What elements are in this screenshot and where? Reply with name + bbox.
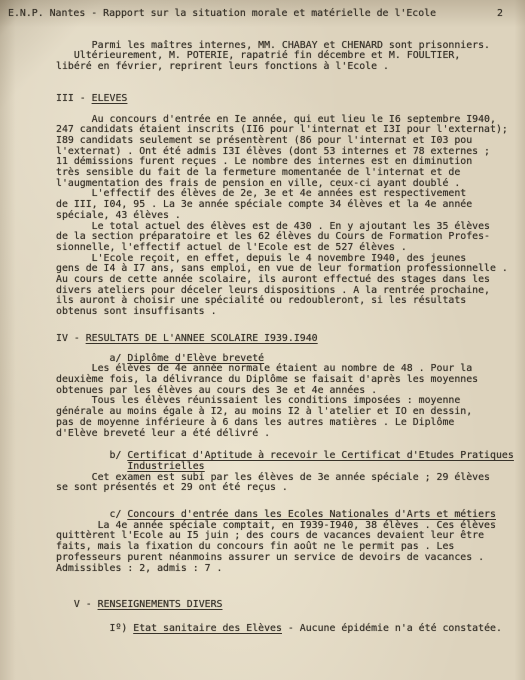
paragraph-total: Le total actuel des élèves est de 430 . …: [56, 222, 521, 254]
section-v-number: V -: [56, 599, 98, 610]
section-iv-number: IV -: [56, 333, 86, 344]
section-iii-heading: III - ELEVES: [56, 94, 521, 105]
item-1-prefix: Iº): [56, 623, 133, 634]
paragraph-ecole-recoit: L'Ecole reçoit, en effet, depuis le 4 no…: [56, 254, 521, 318]
report-body: Parmi les maîtres internes, MM. CHABAY e…: [0, 41, 525, 635]
page-number: 2: [497, 9, 503, 20]
item-c-title: Concours d'entrée dans les Ecoles Nation…: [127, 509, 496, 520]
item-1-title: Etat sanitaire des Elèves: [133, 623, 282, 634]
item-a-title: Diplôme d'Elève breveté: [127, 353, 264, 364]
item-b-prefix: b/: [56, 450, 127, 461]
section-v-heading: V - RENSEIGNEMENTS DIVERS: [56, 600, 521, 611]
scanned-report-page: E.N.P. Nantes - Rapport sur la situation…: [0, 0, 525, 680]
intro-paragraph: Parmi les maîtres internes, MM. CHABAY e…: [56, 41, 521, 73]
item-b-paragraph-1: Cet examen est subi par les élèves de 3e…: [56, 473, 521, 494]
section-v-title: RENSEIGNEMENTS DIVERS: [98, 599, 223, 610]
item-a-paragraph-2: Tous les élèves réunissaient les conditi…: [56, 396, 521, 439]
item-c-paragraph-1: La 4e année spéciale comptait, en I939-I…: [56, 521, 521, 575]
item-c-prefix: c/: [56, 509, 127, 520]
item-a-paragraph-1: Les élèves de 4e année normale étaient a…: [56, 364, 521, 396]
item-a-prefix: a/: [56, 353, 127, 364]
section-v-item-1: Iº) Etat sanitaire des Elèves - Aucune é…: [56, 624, 521, 635]
paragraph-concours: Au concours d'entrée en Ie année, qui eu…: [56, 115, 521, 190]
section-iv-title: RESULTATS DE L'ANNEE SCOLAIRE I939.I940: [86, 333, 318, 344]
report-header-title: E.N.P. Nantes - Rapport sur la situation…: [8, 9, 436, 20]
section-iv-heading: IV - RESULTATS DE L'ANNEE SCOLAIRE I939.…: [56, 334, 521, 345]
item-b-cont-indent: [56, 461, 127, 472]
section-iii-number: III -: [56, 93, 92, 104]
item-1-text: - Aucune épidémie n'a été constatée.: [282, 623, 502, 634]
item-b-title-line1: Certificat d'Aptitude à recevoir le Cert…: [127, 450, 513, 461]
paragraph-effectif: L'effectif des élèves de 2e, 3e et 4e an…: [56, 189, 521, 221]
item-b-title-line2: Industrielles: [127, 461, 204, 472]
section-iii-title: ELEVES: [92, 93, 128, 104]
report-header: E.N.P. Nantes - Rapport sur la situation…: [0, 0, 525, 20]
item-b-heading-continuation: Industrielles: [56, 462, 521, 473]
